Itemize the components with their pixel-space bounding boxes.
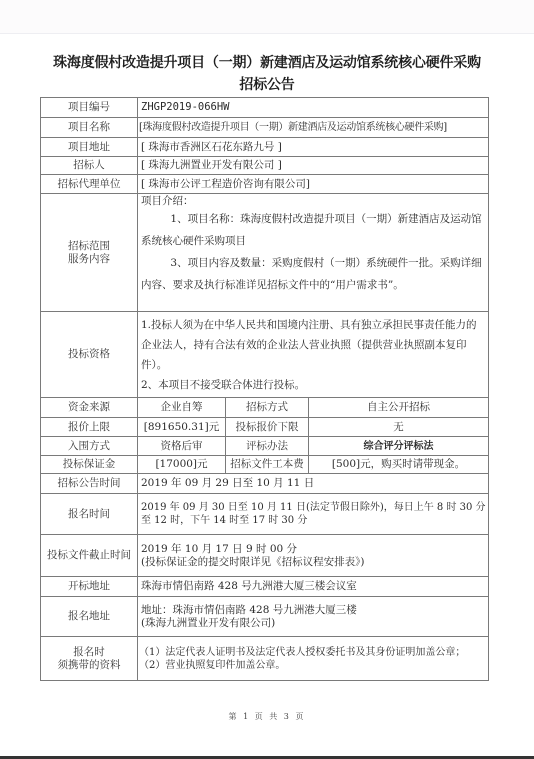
table-row: 报名地址 地址：珠海市情侣南路 428 号九洲港大厦三楼 (珠海九洲置业开发有限… [41, 597, 489, 637]
table-row: 入围方式 资格后审 评标办法 综合评分评标法 [41, 437, 489, 456]
tenderer-value: [ 珠海九洲置业开发有限公司 ] [138, 157, 489, 175]
table-row: 招标范围 服务内容 项目介绍： 1、项目名称：珠海度假村改造提升项目（一期）新建… [41, 194, 489, 312]
project-address-label: 项目地址 [41, 138, 138, 157]
bid-bond-label: 投标保证金 [41, 456, 138, 474]
table-row: 招标公告时间 2019 年 09 月 29 日至 10 月 11 日 [41, 474, 489, 494]
registration-time-label: 报名时间 [41, 494, 138, 535]
evaluation-method-label: 评标办法 [226, 437, 309, 456]
table-row: 报名时 须携带的资料 （1）法定代表人证明书及法定代表人授权委托书及其身份证明加… [41, 637, 489, 681]
scope-label: 招标范围 服务内容 [41, 194, 138, 312]
qualification-item-2: 2、本项目不接受联合体进行投标。 [141, 375, 485, 395]
price-cap-label: 报价上限 [41, 418, 138, 437]
bid-deadline-line1: 2019 年 10 月 17 日 9 时 00 分 [141, 543, 485, 556]
price-floor-value: 无 [309, 418, 489, 437]
table-row: 投标文件截止时间 2019 年 10 月 17 日 9 时 00 分 (投标保证… [41, 535, 489, 577]
agent-value: [ 珠海市公评工程造价咨询有限公司] [138, 175, 489, 194]
table-row: 项目名称 [珠海度假村改造提升项目（一期）新建酒店及运动馆系统核心硬件采购] [41, 118, 489, 138]
registration-time-line1: 2019 年 09 月 30 日至 10 月 11 日(法定节假日除外)，每日上… [141, 501, 485, 514]
scope-label-line2: 服务内容 [44, 253, 134, 266]
registration-time-value: 2019 年 09 月 30 日至 10 月 11 日(法定节假日除外)，每日上… [138, 494, 489, 535]
required-materials-label: 报名时 须携带的资料 [41, 637, 138, 681]
table-row: 招标人 [ 珠海九洲置业开发有限公司 ] [41, 157, 489, 175]
scope-content: 项目介绍： 1、项目名称：珠海度假村改造提升项目（一期）新建酒店及运动馆系统核心… [138, 194, 489, 312]
scope-item-3: 3、项目内容及数量：采购度假村（一期）系统硬件一批。采购详细内容、要求及执行标准… [141, 252, 485, 296]
table-row: 报名时间 2019 年 09 月 30 日至 10 月 11 日(法定节假日除外… [41, 494, 489, 535]
bid-deadline-value: 2019 年 10 月 17 日 9 时 00 分 (投标保证金的提交时限详见《… [138, 535, 489, 577]
table-row: 投标资格 1.投标人须为在中华人民共和国境内注册、具有独立承担民事责任能力的企业… [41, 312, 489, 398]
qualification-label: 投标资格 [41, 312, 138, 398]
admission-method-label: 入围方式 [41, 437, 138, 456]
tenderer-label: 招标人 [41, 157, 138, 175]
table-row: 开标地址 珠海市情侣南路 428 号九洲港大厦三楼会议室 [41, 577, 489, 597]
opening-address-label: 开标地址 [41, 577, 138, 597]
registration-address-line1: 地址：珠海市情侣南路 428 号九洲港大厦三楼 [141, 604, 485, 617]
tender-method-value: 自主公开招标 [309, 398, 489, 418]
evaluation-method-value: 综合评分评标法 [309, 437, 489, 456]
price-cap-value: [891650.31]元 [138, 418, 226, 437]
page-indicator: 第 1 页 共 3 页 [0, 711, 534, 722]
table-row: 招标代理单位 [ 珠海市公评工程造价咨询有限公司] [41, 175, 489, 194]
announcement-period-label: 招标公告时间 [41, 474, 138, 494]
bid-deadline-line2: (投标保证金的提交时限详见《招标议程安排表》) [141, 556, 485, 569]
document-fee-label: 招标文件工本费 [226, 456, 309, 474]
registration-address-line2: (珠海九洲置业开发有限公司) [141, 617, 485, 630]
required-materials-value: （1）法定代表人证明书及法定代表人授权委托书及其身份证明加盖公章； （2）营业执… [138, 637, 489, 681]
table-row: 项目地址 [ 珠海市香洲区石花东路九号 ] [41, 138, 489, 157]
table-row: 投标保证金 [17000]元 招标文件工本费 [500]元，购买时请带现金。 [41, 456, 489, 474]
qualification-item-1: 1.投标人须为在中华人民共和国境内注册、具有独立承担民事责任能力的企业法人，持有… [141, 315, 485, 375]
registration-time-line2: 至 12 时，下午 14 时至 17 时 30 分 [141, 514, 485, 527]
required-materials-label-line1: 报名时 [44, 646, 134, 659]
agent-label: 招标代理单位 [41, 175, 138, 194]
announcement-period-value: 2019 年 09 月 29 日至 10 月 11 日 [138, 474, 489, 494]
bid-deadline-label: 投标文件截止时间 [41, 535, 138, 577]
required-materials-item-1: （1）法定代表人证明书及法定代表人授权委托书及其身份证明加盖公章； [139, 646, 487, 659]
table-row: 报价上限 [891650.31]元 投标报价下限 无 [41, 418, 489, 437]
bid-bond-value: [17000]元 [138, 456, 226, 474]
required-materials-label-line2: 须携带的资料 [44, 659, 134, 672]
table-row: 资金来源 企业自筹 招标方式 自主公开招标 [41, 398, 489, 418]
scope-label-line1: 招标范围 [44, 240, 134, 253]
document-fee-value: [500]元，购买时请带现金。 [309, 456, 489, 474]
qualification-content: 1.投标人须为在中华人民共和国境内注册、具有独立承担民事责任能力的企业法人，持有… [138, 312, 489, 398]
scan-top-band [0, 0, 534, 34]
document-title: 珠海度假村改造提升项目（一期）新建酒店及运动馆系统核心硬件采购 [0, 52, 534, 72]
scope-item-1: 1、项目名称：珠海度假村改造提升项目（一期）新建酒店及运动馆系统核心硬件采购项目 [141, 208, 485, 252]
project-name-value: [珠海度假村改造提升项目（一期）新建酒店及运动馆系统核心硬件采购] [138, 118, 489, 138]
funding-source-label: 资金来源 [41, 398, 138, 418]
project-no-value: ZHGP2019-066HW [138, 98, 489, 118]
funding-source-value: 企业自筹 [138, 398, 226, 418]
registration-address-label: 报名地址 [41, 597, 138, 637]
scope-intro: 项目介绍： [141, 195, 485, 208]
project-no-label: 项目编号 [41, 98, 138, 118]
admission-method-value: 资格后审 [138, 437, 226, 456]
price-floor-label: 投标报价下限 [226, 418, 309, 437]
project-name-label: 项目名称 [41, 118, 138, 138]
required-materials-item-2: （2）营业执照复印件加盖公章。 [139, 659, 487, 672]
document-subtitle: 招标公告 [0, 74, 534, 94]
project-address-value: [ 珠海市香洲区石花东路九号 ] [138, 138, 489, 157]
opening-address-value: 珠海市情侣南路 428 号九洲港大厦三楼会议室 [138, 577, 489, 597]
tender-method-label: 招标方式 [226, 398, 309, 418]
table-row: 项目编号 ZHGP2019-066HW [41, 98, 489, 118]
tender-info-table: 项目编号 ZHGP2019-066HW 项目名称 [珠海度假村改造提升项目（一期… [40, 97, 489, 681]
registration-address-value: 地址：珠海市情侣南路 428 号九洲港大厦三楼 (珠海九洲置业开发有限公司) [138, 597, 489, 637]
